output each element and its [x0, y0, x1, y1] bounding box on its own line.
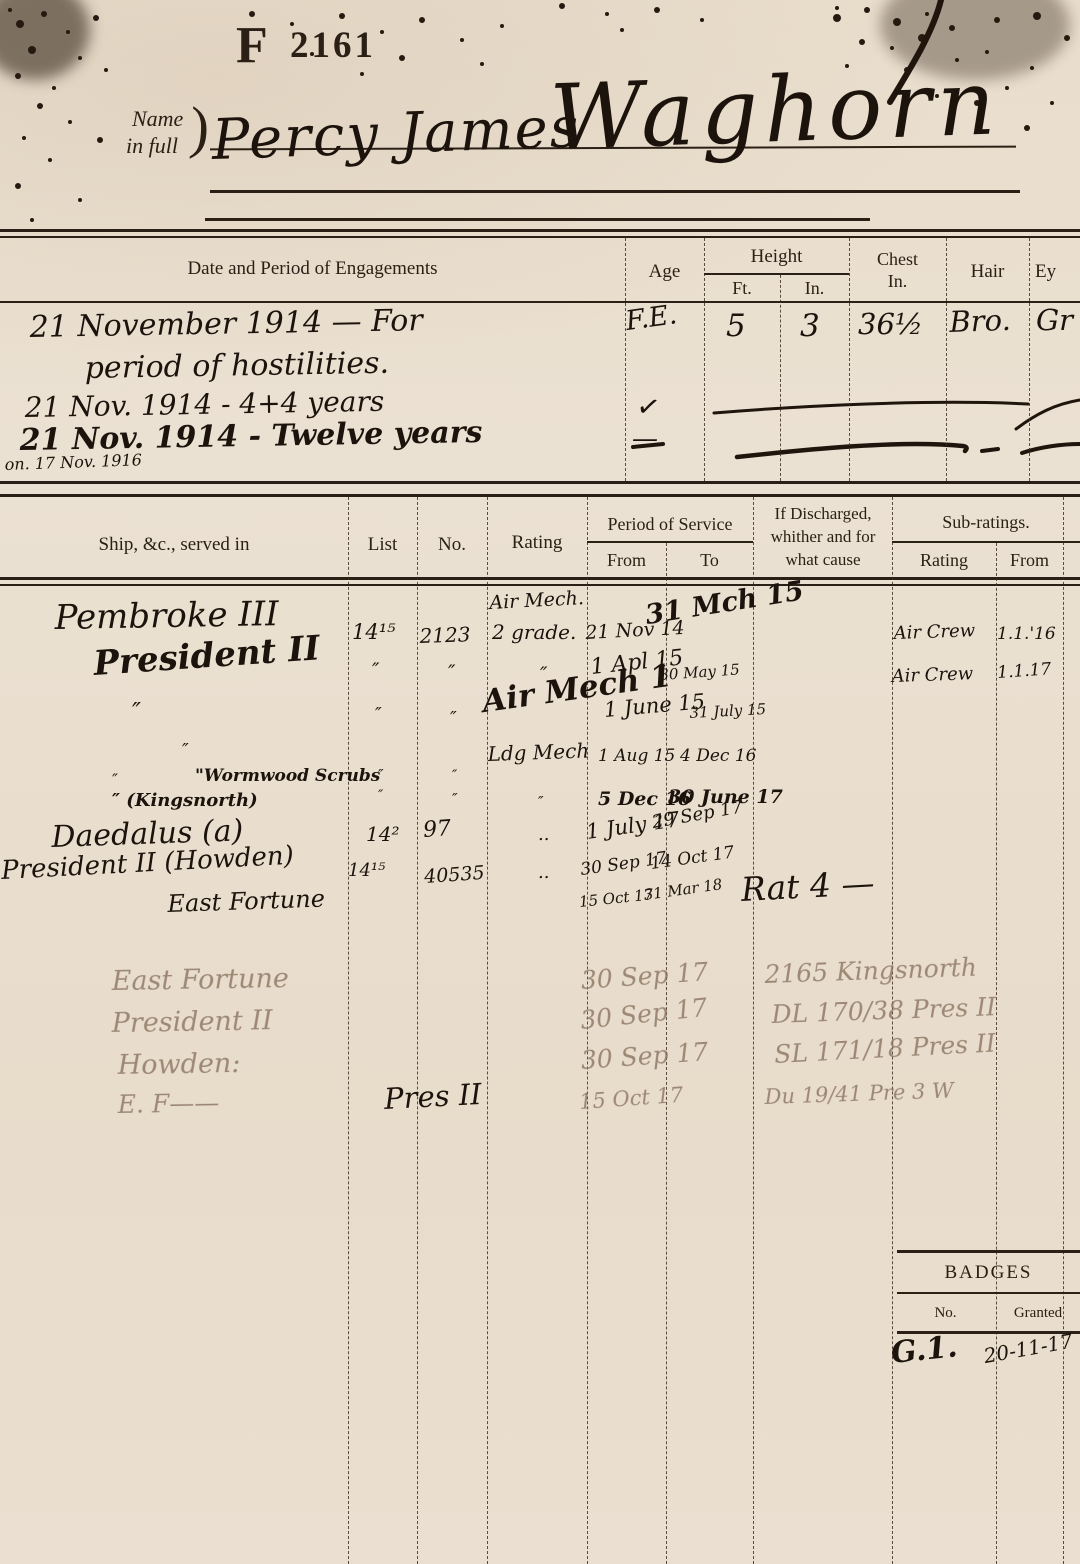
- engagement-height-ft: 5: [726, 308, 746, 344]
- col-header-hair: Hair: [946, 261, 1029, 283]
- col-header-no: No.: [417, 534, 487, 556]
- service-sub-from: 1.1.'16: [997, 624, 1056, 644]
- table-rule: [0, 301, 1080, 303]
- service-discharge: Rat 4 —: [740, 863, 875, 909]
- column-rule: [487, 497, 488, 1564]
- col-header-ship: Ship, &c., served in: [0, 534, 348, 556]
- service-list: 14²: [366, 822, 399, 846]
- service-ship-faded: East Fortune: [111, 963, 289, 997]
- badges-col-no: No.: [897, 1305, 994, 1322]
- col-header-sub-from: From: [996, 550, 1063, 571]
- col-header-from: From: [587, 550, 666, 571]
- column-rule: [1029, 238, 1030, 481]
- service-ship: ″: [182, 740, 189, 761]
- service-list: ″: [378, 788, 383, 804]
- service-rating: ..: [538, 824, 549, 845]
- service-to: 4 Dec 16: [680, 746, 756, 766]
- name-label-line2: in full: [126, 133, 178, 159]
- service-ship-ditto: ″: [112, 770, 118, 789]
- col-header-list: List: [348, 534, 417, 556]
- name-value-first: Percy James: [211, 95, 582, 173]
- badge-entry-no: G.1.: [889, 1329, 959, 1371]
- table-rule: [0, 236, 1080, 238]
- service-ship-faded: Howden:: [117, 1048, 240, 1081]
- service-sub-rating: Air Crew: [891, 663, 973, 687]
- service-no: 2123: [419, 622, 471, 648]
- service-list: 14¹⁵: [352, 620, 396, 644]
- table-rule: [0, 584, 1080, 586]
- table-rule: [704, 273, 849, 275]
- service-ship: East Fortune: [167, 885, 325, 918]
- column-rule: [417, 497, 418, 1564]
- table-rule: [0, 494, 1080, 497]
- service-sub-rating: Air Crew: [893, 620, 975, 644]
- badges-title: BADGES: [897, 1262, 1080, 1284]
- scanned-service-record: F 2161 Name in full ) Percy James Waghor…: [0, 0, 1080, 1564]
- service-rating: ″: [538, 793, 544, 811]
- service-rating: 2 grade.: [492, 620, 576, 644]
- col-header-period: Period of Service: [587, 514, 753, 535]
- engagement-eyes: Gr: [1036, 303, 1073, 337]
- service-rating: Ldg Mech: [487, 738, 589, 766]
- column-rule: [892, 497, 893, 1564]
- service-no: 40535: [423, 862, 485, 888]
- col-header-age: Age: [625, 261, 704, 283]
- name-label-line1: Name: [132, 106, 183, 132]
- service-ship: "Wormwood Scrubs: [195, 766, 380, 786]
- engagement-height-in: 3: [800, 308, 820, 344]
- col-header-in: In.: [780, 278, 849, 299]
- table-rule: [587, 541, 753, 543]
- column-rule: [780, 275, 781, 481]
- col-header-subratings: Sub-ratings.: [892, 512, 1080, 533]
- service-ship-faded: President II: [111, 1005, 272, 1039]
- service-sub-from: 1.1.17: [997, 659, 1052, 683]
- engagement-hair: Bro.: [949, 303, 1011, 339]
- table-rule: [0, 577, 1080, 580]
- name-rule: [210, 190, 1020, 193]
- service-rating: ..: [538, 862, 549, 883]
- service-ship-faded: E. F——: [117, 1088, 219, 1119]
- col-header-height: Height: [704, 246, 849, 268]
- engagement-text: period of hostilities.: [84, 346, 389, 386]
- form-number: 2161: [290, 24, 376, 67]
- engagement-text: 21 November 1914 — For: [29, 303, 423, 345]
- badges-rule: [897, 1292, 1080, 1294]
- service-from: 1 Aug 15: [598, 746, 675, 766]
- service-no: ″: [448, 660, 455, 684]
- service-no: ″: [450, 708, 457, 729]
- name-value-last: Waghorn: [548, 50, 1002, 171]
- table-rule: [0, 481, 1080, 484]
- column-rule: [753, 497, 754, 1564]
- form-series: F: [236, 16, 268, 75]
- service-list: ″: [372, 658, 379, 682]
- col-header-chest-line1: Chest: [849, 249, 946, 270]
- service-no: ″: [452, 790, 458, 808]
- table-rule: [892, 541, 1080, 543]
- pen-strokes-overlay: [0, 0, 1080, 1564]
- service-ship: Pembroke III: [54, 594, 279, 638]
- service-ship: ″ (Kingsnorth): [112, 790, 258, 811]
- col-header-eyes: Ey: [1035, 261, 1080, 283]
- column-rule: [1063, 497, 1064, 1564]
- badges-rule: [897, 1250, 1080, 1253]
- table-rule: [0, 229, 1080, 232]
- engagement-age-mark: —: [632, 424, 658, 454]
- col-header-chest-line2: In.: [849, 271, 946, 292]
- service-ship: ″: [132, 698, 141, 726]
- col-header-discharged: If Discharged, whither and for what caus…: [755, 503, 891, 572]
- engagement-chest: 36½: [858, 307, 923, 341]
- col-header-rating: Rating: [487, 532, 587, 554]
- col-header-ft: Ft.: [704, 278, 780, 299]
- service-no: 97: [422, 816, 452, 843]
- column-rule: [348, 497, 349, 1564]
- column-rule: [704, 238, 705, 481]
- badges-col-granted: Granted: [996, 1305, 1080, 1322]
- col-header-to: To: [666, 550, 753, 571]
- col-header-sub-rating: Rating: [892, 550, 996, 571]
- service-list: ″: [378, 766, 384, 784]
- col-header-date-period: Date and Period of Engagements: [0, 258, 625, 280]
- service-no: ″: [452, 768, 457, 784]
- service-list: 14¹⁵: [348, 860, 385, 881]
- service-list: ″: [375, 704, 382, 725]
- service-rating-faded: Pres II: [383, 1077, 482, 1116]
- name-rule: [205, 218, 870, 221]
